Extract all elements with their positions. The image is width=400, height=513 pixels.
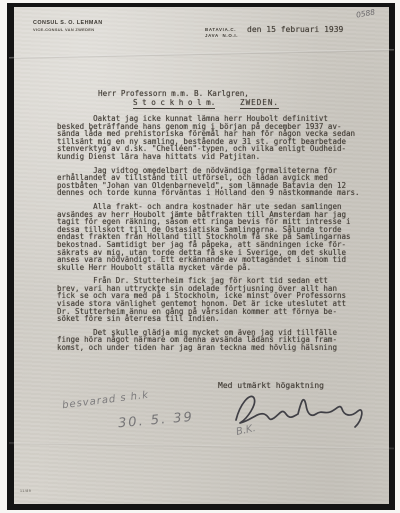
paragraph-1: Oaktat jag icke kunnat lämna herr Houbol… <box>57 115 377 161</box>
paper-fold-crease-bottom <box>9 442 394 449</box>
recipient-city: S t o c k h o l m. <box>133 98 215 109</box>
letterhead-name: CONSUL S. O. LEHMAN <box>33 20 103 26</box>
archive-number-handwritten: 0588 <box>355 7 375 19</box>
handwritten-reply-date: 30. 5. 39 <box>117 410 194 432</box>
handwritten-reply-note: besvarad s h.k <box>62 390 150 412</box>
letter-body: Oaktat jag icke kunnat lämna herr Houbol… <box>57 115 377 358</box>
dateline-date: den 15 februari 1939 <box>247 25 343 34</box>
dateline-place: BATAVIA.C. JAVA N.O.I. <box>205 27 238 38</box>
paragraph-5: Det skulle glädja mig mycket om även jag… <box>57 329 377 352</box>
archive-corner-mark: 11/89 <box>20 489 31 493</box>
letter-paper: CONSUL S. O. LEHMAN VICE-CONSUL VAN ZWED… <box>14 7 389 504</box>
paragraph-4: Från Dr. Stutterheim fick jag för kort t… <box>57 277 377 323</box>
recipient-name: Herr Professorn m.m. B. Karlgren, <box>98 89 249 98</box>
recipient-country: ZWEDEN. <box>240 98 279 109</box>
paper-fold-crease-top <box>9 49 394 59</box>
paragraph-3: Alla frakt- och andra kostnader här ute … <box>57 203 377 271</box>
letterhead-title: VICE-CONSUL VAN ZWEDEN <box>33 27 94 32</box>
paragraph-2: Jag vidtog omedelbart de nödvändiga form… <box>57 167 377 197</box>
